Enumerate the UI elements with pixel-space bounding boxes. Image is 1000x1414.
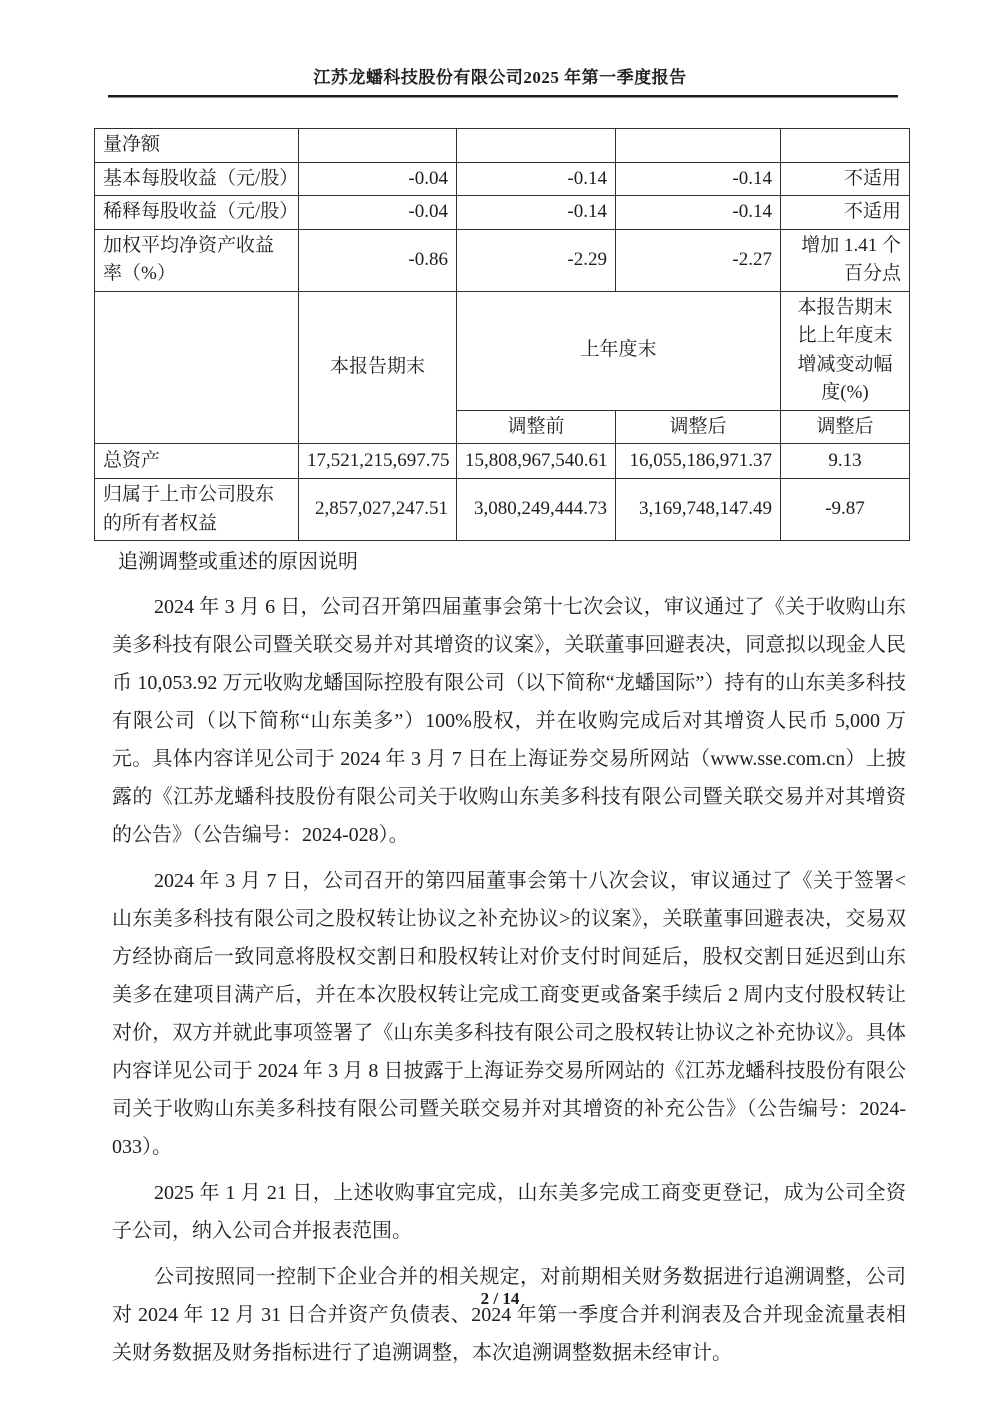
paragraph: 2024 年 3 月 7 日，公司召开的第四届董事会第十八次会议，审议通过了《关… (112, 862, 906, 1166)
row-label-cell: 归属于上市公司股东的所有者权益 (95, 479, 299, 541)
value-cell: -0.14 (616, 196, 781, 230)
subheader-after-adjust-cell: 调整后 (616, 410, 781, 444)
paragraph: 2025 年 1 月 21 日，上述收购事宜完成，山东美多完成工商变更登记，成为… (112, 1174, 906, 1250)
value-cell: 2,857,027,247.51 (299, 479, 457, 541)
table-row-net-amount: 量净额 (95, 129, 910, 163)
value-cell: 3,169,748,147.49 (616, 479, 781, 541)
body-text-block: 追溯调整或重述的原因说明 2024 年 3 月 6 日，公司召开第四届董事会第十… (112, 543, 906, 1380)
table-header-row: 本报告期末 上年度末 本报告期末比上年度末增减变动幅度(%) (95, 291, 910, 410)
table-row-total-assets: 总资产 17,521,215,697.75 15,808,967,540.61 … (95, 444, 910, 479)
row-label-cell: 稀释每股收益（元/股） (95, 196, 299, 230)
value-cell: -9.87 (781, 479, 910, 541)
value-cell: -2.27 (616, 229, 781, 291)
row-label-cell: 基本每股收益（元/股） (95, 162, 299, 196)
section-heading: 追溯调整或重述的原因说明 (118, 543, 906, 581)
value-cell: -0.04 (299, 196, 457, 230)
row-label-cell: 总资产 (95, 444, 299, 479)
paragraph: 2024 年 3 月 6 日，公司召开第四届董事会第十七次会议，审议通过了《关于… (112, 588, 906, 854)
report-header-title: 江苏龙蟠科技股份有限公司2025 年第一季度报告 (0, 63, 1000, 88)
value-cell: 不适用 (781, 162, 910, 196)
value-cell (781, 129, 910, 163)
value-cell: -0.14 (457, 196, 616, 230)
paragraph: 公司按照同一控制下企业合并的相关规定，对前期相关财务数据进行追溯调整，公司对 2… (112, 1258, 906, 1372)
value-cell: -0.86 (299, 229, 457, 291)
value-cell: -2.29 (457, 229, 616, 291)
row-label-cell: 加权平均净资产收益率（%） (95, 229, 299, 291)
value-cell (457, 129, 616, 163)
value-cell (299, 129, 457, 163)
value-cell: 不适用 (781, 196, 910, 230)
header-change-cell: 本报告期末比上年度末增减变动幅度(%) (781, 291, 910, 410)
row-label-cell: 量净额 (95, 129, 299, 163)
page-number: 2 / 14 (0, 1289, 1000, 1309)
report-page: 江苏龙蟠科技股份有限公司2025 年第一季度报告 量净额 基本每股收益（元/股）… (0, 0, 1000, 1414)
value-cell: -0.14 (616, 162, 781, 196)
value-cell: -0.04 (299, 162, 457, 196)
value-cell: 17,521,215,697.75 (299, 444, 457, 479)
table-row-equity: 归属于上市公司股东的所有者权益 2,857,027,247.51 3,080,2… (95, 479, 910, 541)
value-cell: 3,080,249,444.73 (457, 479, 616, 541)
value-cell (616, 129, 781, 163)
table-row-basic-eps: 基本每股收益（元/股） -0.04 -0.14 -0.14 不适用 (95, 162, 910, 196)
value-cell: 16,055,186,971.37 (616, 444, 781, 479)
value-cell: 15,808,967,540.61 (457, 444, 616, 479)
financial-summary-table: 量净额 基本每股收益（元/股） -0.04 -0.14 -0.14 不适用 稀释… (94, 128, 910, 541)
value-cell: -0.14 (457, 162, 616, 196)
subheader-before-adjust-cell: 调整前 (457, 410, 616, 444)
table-row-diluted-eps: 稀释每股收益（元/股） -0.04 -0.14 -0.14 不适用 (95, 196, 910, 230)
header-current-period-cell: 本报告期末 (299, 291, 457, 444)
value-cell: 9.13 (781, 444, 910, 479)
table-row-weighted-roe: 加权平均净资产收益率（%） -0.86 -2.29 -2.27 增加 1.41 … (95, 229, 910, 291)
header-prev-year-cell: 上年度末 (457, 291, 781, 410)
value-cell: 增加 1.41 个百分点 (781, 229, 910, 291)
subheader-change-after-cell: 调整后 (781, 410, 910, 444)
header-empty-cell (95, 291, 299, 444)
header-divider-rule (108, 95, 898, 98)
